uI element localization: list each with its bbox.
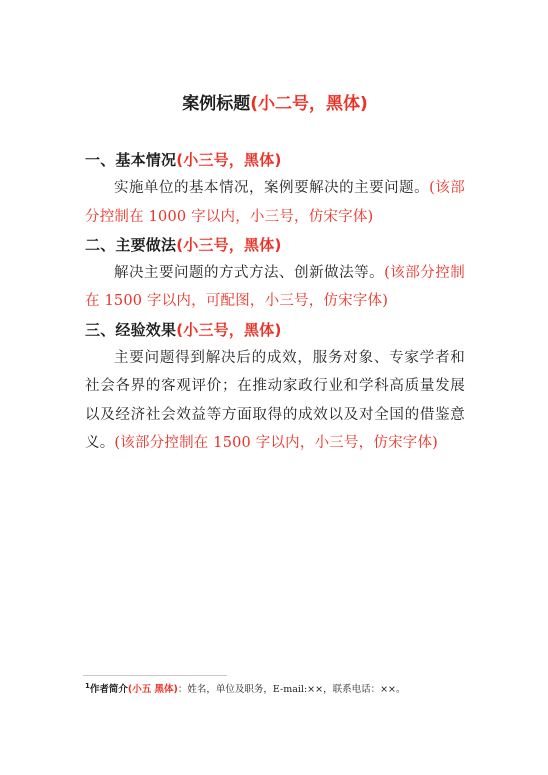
document-page: 案例标题(小二号，黑体) 一、基本情况(小三号，黑体) 实施单位的基本情况，案例… <box>0 0 548 775</box>
section-2-body-text: 解决主要问题的方式方法、创新做法等。 <box>114 265 384 281</box>
document-body: 案例标题(小二号，黑体) 一、基本情况(小三号，黑体) 实施单位的基本情况，案例… <box>85 90 465 457</box>
section-1-heading: 一、基本情况(小三号，黑体) <box>85 146 465 174</box>
section-2-heading-text: 二、主要做法 <box>85 236 176 254</box>
section-1-body-text: 实施单位的基本情况，案例要解决的主要问题。 <box>114 180 429 196</box>
footnote-text: ：姓名，单位及职务，E-mail:××，联系电话：××。 <box>178 684 406 695</box>
section-2-heading: 二、主要做法(小三号，黑体) <box>85 231 465 259</box>
section-2-paragraph: 解决主要问题的方式方法、创新做法等。(该部分控制在 1500 字以内，可配图，小… <box>85 259 465 316</box>
section-1-paragraph: 实施单位的基本情况，案例要解决的主要问题。(该部分控制在 1000 字以内，小三… <box>85 174 465 231</box>
footnote-format-note: (小五 黑体) <box>128 684 178 695</box>
section-3-heading-text: 三、经验效果 <box>85 321 176 339</box>
section-1-heading-text: 一、基本情况 <box>85 151 176 169</box>
title-text: 案例标题 <box>182 94 250 114</box>
footnote: 1作者简介(小五 黑体)：姓名，单位及职务，E-mail:××，联系电话：××。 <box>85 682 515 697</box>
document-title: 案例标题(小二号，黑体) <box>85 90 465 118</box>
footnote-separator <box>83 675 227 676</box>
footnote-label: 作者简介 <box>90 684 128 695</box>
section-3-heading: 三、经验效果(小三号，黑体) <box>85 316 465 344</box>
title-format-note: (小二号，黑体) <box>250 94 368 114</box>
section-3-heading-note: (小三号，黑体) <box>176 321 281 339</box>
section-3-body-note: (该部分控制在 1500 字以内，小三号，仿宋字体) <box>114 435 438 451</box>
section-2-heading-note: (小三号，黑体) <box>176 236 281 254</box>
section-1-heading-note: (小三号，黑体) <box>176 151 281 169</box>
section-3-paragraph: 主要问题得到解决后的成效，服务对象、专家学者和社会各界的客观评价；在推动家政行业… <box>85 344 465 457</box>
